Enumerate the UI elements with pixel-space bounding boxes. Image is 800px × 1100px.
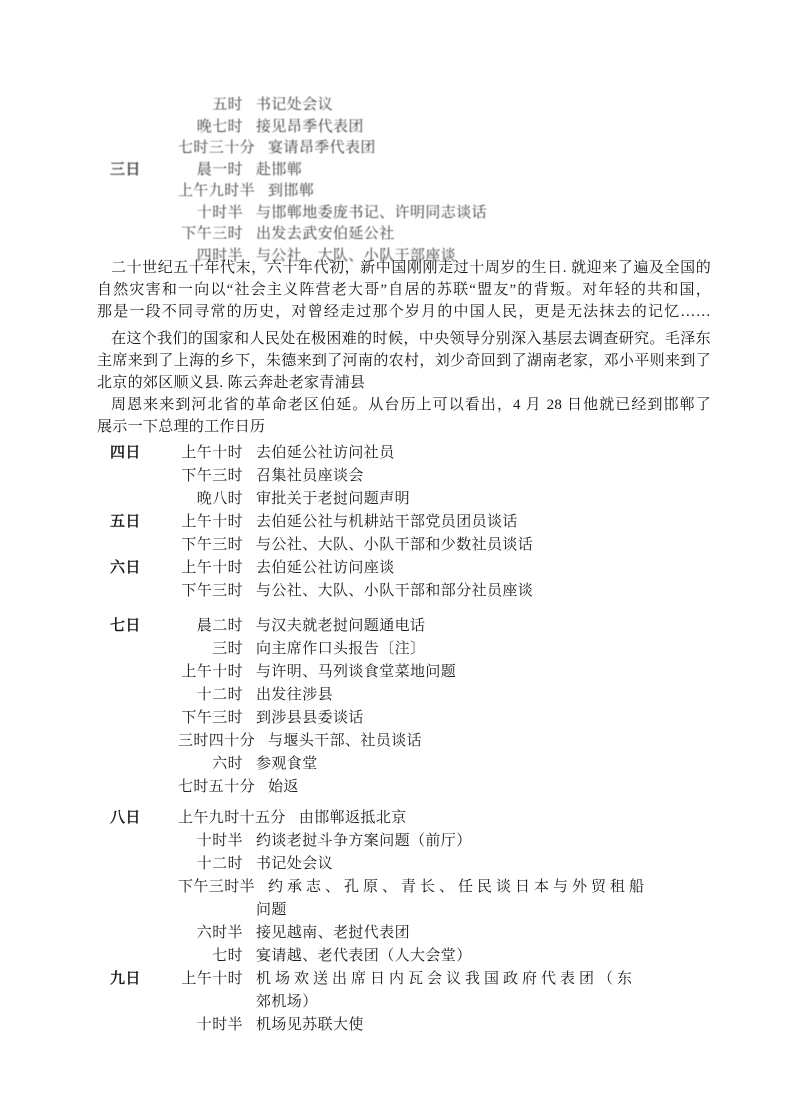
schedule-row: 八日上午九时十五分由邯郸返抵北京 — [0, 807, 648, 830]
schedule-time: 下午三时 — [178, 224, 243, 246]
schedule-activity: 到邯郸 — [268, 181, 314, 203]
schedule-activity: 约承志、孔原、青长、任民谈日本与外贸租船 — [268, 876, 648, 899]
schedule-day-label — [110, 488, 178, 511]
schedule-row: 七时宴请越、老代表团（人大会堂） — [0, 945, 648, 968]
schedule-row: 下午三时到涉县县委谈话 — [0, 707, 648, 730]
schedule-activity: 赴邯郸 — [256, 160, 302, 182]
schedule-day-label — [110, 730, 178, 753]
schedule-day-label — [110, 922, 178, 945]
schedule-row: 四日上午十时去伯延公社访问社员 — [0, 442, 648, 465]
document-page: 五时书记处会议晚七时接见昂季代表团七时三十分宴请昂季代表团三日晨一时赴邯郸上午九… — [0, 0, 800, 1100]
schedule-time: 七时五十分 — [178, 776, 255, 799]
schedule-time: 下午三时 — [178, 465, 243, 488]
schedule-time: 十二时 — [178, 684, 243, 707]
schedule-day-label — [110, 776, 178, 799]
schedule-activity: 与邯郸地委庞书记、许明同志谈话 — [256, 203, 487, 225]
schedule-time: 十时半 — [178, 1014, 243, 1037]
schedule-row: 十时半约谈老挝斗争方案问题（前厅） — [0, 830, 648, 853]
schedule-day-label — [110, 203, 178, 225]
schedule-day-label — [110, 753, 178, 776]
schedule-activity: 与许明、马列谈食堂菜地问题 — [256, 661, 456, 684]
schedule-activity: 由邯郸返抵北京 — [299, 807, 407, 830]
schedule-time: 下午三时半 — [178, 876, 255, 899]
paragraph-line: 在这个我们的国家和人民处在极困难的时候，中央领导分别深入基层去调查研究。毛泽东 — [97, 328, 711, 350]
schedule-time — [178, 899, 243, 922]
schedule-time: 晚八时 — [178, 488, 243, 511]
schedule-day-label — [110, 224, 178, 246]
schedule-time: 七时 — [178, 945, 243, 968]
schedule-activity: 书记处会议 — [256, 95, 333, 117]
schedule-row: 三时四十分与堰头干部、社员谈话 — [0, 730, 648, 753]
top-schedule-row: 十时半与邯郸地委庞书记、许明同志谈话 — [0, 203, 487, 225]
schedule-row: 五日上午十时去伯延公社与机耕站干部党员团员谈话 — [0, 511, 648, 534]
paragraph-line: 展示一下总理的工作日历 — [97, 416, 711, 438]
schedule-day-label: 四日 — [110, 442, 178, 465]
schedule-day-label: 三日 — [110, 160, 178, 182]
schedule-time: 十二时 — [178, 853, 243, 876]
schedule-time: 六时 — [178, 753, 243, 776]
schedule-day-label — [110, 945, 178, 968]
schedule-time: 上午九时半 — [178, 181, 255, 203]
schedule-activity: 召集社员座谈会 — [256, 465, 364, 488]
schedule-activity: 审批关于老挝问题声明 — [256, 488, 410, 511]
paragraph-line: 主席来到了上海的乡下，朱德来到了河南的农村，刘少奇回到了湖南老家，邓小平则来到了 — [97, 350, 711, 372]
schedule-row: 晚八时审批关于老挝问题声明 — [0, 488, 648, 511]
schedule-activity: 出发往涉县 — [256, 684, 333, 707]
schedule-time: 六时半 — [178, 922, 243, 945]
schedule-activity: 约谈老挝斗争方案问题（前厅） — [256, 830, 472, 853]
schedule-time: 下午三时 — [178, 580, 243, 603]
schedule-day-label: 九日 — [110, 968, 178, 991]
schedule-activity: 与堰头干部、社员谈话 — [268, 730, 422, 753]
schedule-day-label — [110, 991, 178, 1014]
paragraph-line: 那是一段不同寻常的历史，对曾经走过那个岁月的中国人民，更是无法抹去的记忆…… — [97, 301, 711, 323]
schedule-day-label — [110, 580, 178, 603]
schedule-time: 十时半 — [178, 830, 243, 853]
schedule-row: 六时参观食堂 — [0, 753, 648, 776]
top-schedule-row: 上午九时半到邯郸 — [0, 181, 487, 203]
intro-paragraphs: 二十世纪五十年代末，六十年代初，新中国刚刚走过十周岁的生日. 就迎来了遍及全国的… — [97, 257, 711, 438]
schedule-activity: 书记处会议 — [256, 853, 333, 876]
schedule-activity: 去伯延公社与机耕站干部党员团员谈话 — [256, 511, 518, 534]
schedule-day-label — [110, 899, 178, 922]
schedule-time: 晚七时 — [178, 117, 243, 139]
schedule-activity: 宴请越、老代表团（人大会堂） — [256, 945, 472, 968]
paragraph-line: 周恩来来到河北省的革命老区伯延。从台历上可以看出，4 月 28 日他就已经到邯郸… — [97, 394, 711, 416]
schedule-row: 六时半接见越南、老挝代表团 — [0, 922, 648, 945]
schedule-row: 问题 — [0, 899, 648, 922]
schedule-activity: 机场见苏联大使 — [256, 1014, 364, 1037]
schedule-day-label — [110, 830, 178, 853]
schedule-activity: 出发去武安伯延公社 — [256, 224, 395, 246]
schedule-activity: 宴请昂季代表团 — [268, 138, 376, 160]
schedule-time: 上午十时 — [178, 661, 243, 684]
schedule-time: 晨一时 — [178, 160, 243, 182]
schedule-time: 七时三十分 — [178, 138, 255, 160]
schedule-activity: 问题 — [256, 899, 287, 922]
schedule-time — [178, 991, 243, 1014]
schedule-time: 十时半 — [178, 203, 243, 225]
schedule-day-label: 七日 — [110, 615, 178, 638]
schedule-row: 十二时出发往涉县 — [0, 684, 648, 707]
schedule-day-label — [110, 707, 178, 730]
schedule-activity: 与汉夫就老挝问题通电话 — [256, 615, 425, 638]
schedule-row: 下午三时与公社、大队、小队干部和部分社员座谈 — [0, 580, 648, 603]
paragraph-line: 二十世纪五十年代末，六十年代初，新中国刚刚走过十周岁的生日. 就迎来了遍及全国的 — [97, 257, 711, 279]
schedule-time: 上午十时 — [178, 511, 243, 534]
schedule-day-label — [110, 853, 178, 876]
schedule-row: 下午三时与公社、大队、小队干部和少数社员谈话 — [0, 534, 648, 557]
schedule-row: 下午三时召集社员座谈会 — [0, 465, 648, 488]
paragraph-line: 北京的郊区顺义县. 陈云奔赴老家青浦县 — [97, 372, 711, 394]
schedule-row: 下午三时半约承志、孔原、青长、任民谈日本与外贸租船 — [0, 876, 648, 899]
schedule-time: 上午十时 — [178, 557, 243, 580]
top-schedule-row: 七时三十分宴请昂季代表团 — [0, 138, 487, 160]
schedule-time: 上午十时 — [178, 442, 243, 465]
schedule-day-label — [110, 117, 178, 139]
schedule-day-label: 六日 — [110, 557, 178, 580]
schedule-day-label — [110, 534, 178, 557]
schedule-time: 下午三时 — [178, 707, 243, 730]
schedule-time: 上午十时 — [178, 968, 243, 991]
schedule-day-label — [110, 95, 178, 117]
schedule-row: 六日上午十时去伯延公社访问座谈 — [0, 557, 648, 580]
schedule-activity: 机场欢送出席日内瓦会议我国政府代表团（东 — [256, 968, 636, 991]
schedule-row: 九日上午十时机场欢送出席日内瓦会议我国政府代表团（东 — [0, 968, 648, 991]
paragraph-line: 自然灾害和一向以“社会主义阵营老大哥”自居的苏联“盟友”的背叛。对年轻的共和国， — [97, 279, 711, 301]
schedule-day-label: 八日 — [110, 807, 178, 830]
top-schedule-row: 三日晨一时赴邯郸 — [0, 160, 487, 182]
schedule-activity: 参观食堂 — [256, 753, 318, 776]
schedule-time: 五时 — [178, 95, 243, 117]
schedule-time: 三时四十分 — [178, 730, 255, 753]
top-schedule-row: 五时书记处会议 — [0, 95, 487, 117]
schedule-activity: 始返 — [268, 776, 299, 799]
paragraph: 周恩来来到河北省的革命老区伯延。从台历上可以看出，4 月 28 日他就已经到邯郸… — [97, 394, 711, 438]
schedule-activity: 接见越南、老挝代表团 — [256, 922, 410, 945]
schedule-row: 郊机场） — [0, 991, 648, 1014]
schedule-time: 下午三时 — [178, 534, 243, 557]
schedule-activity: 郊机场） — [256, 991, 318, 1014]
schedule-day-label — [110, 876, 178, 899]
schedule-row: 十时半机场见苏联大使 — [0, 1014, 648, 1037]
schedule-activity: 去伯延公社访问社员 — [256, 442, 395, 465]
schedule-time: 晨二时 — [178, 615, 243, 638]
schedule-row: 上午十时与许明、马列谈食堂菜地问题 — [0, 661, 648, 684]
schedule-time: 上午九时十五分 — [178, 807, 286, 830]
schedule-day-label — [110, 181, 178, 203]
top-schedule: 五时书记处会议晚七时接见昂季代表团七时三十分宴请昂季代表团三日晨一时赴邯郸上午九… — [0, 95, 487, 267]
top-schedule-row: 晚七时接见昂季代表团 — [0, 117, 487, 139]
schedule-activity: 去伯延公社访问座谈 — [256, 557, 395, 580]
schedule-day-label — [110, 138, 178, 160]
schedule-activity: 向主席作口头报告〔注〕 — [256, 638, 425, 661]
schedule-day-label — [110, 684, 178, 707]
schedule-day-label: 五日 — [110, 511, 178, 534]
schedule-day-label — [110, 661, 178, 684]
schedule-day-label — [110, 638, 178, 661]
paragraph: 二十世纪五十年代末，六十年代初，新中国刚刚走过十周岁的生日. 就迎来了遍及全国的… — [97, 257, 711, 323]
schedule-day-label — [110, 1014, 178, 1037]
schedule-activity: 与公社、大队、小队干部和少数社员谈话 — [256, 534, 533, 557]
work-calendar: 四日上午十时去伯延公社访问社员下午三时召集社员座谈会晚八时审批关于老挝问题声明五… — [0, 442, 648, 1037]
schedule-row: 七日晨二时与汉夫就老挝问题通电话 — [0, 615, 648, 638]
schedule-row: 三时向主席作口头报告〔注〕 — [0, 638, 648, 661]
schedule-activity: 与公社、大队、小队干部和部分社员座谈 — [256, 580, 533, 603]
schedule-row: 十二时书记处会议 — [0, 853, 648, 876]
schedule-row: 七时五十分始返 — [0, 776, 648, 799]
schedule-day-label — [110, 465, 178, 488]
schedule-activity: 到涉县县委谈话 — [256, 707, 364, 730]
schedule-time: 三时 — [178, 638, 243, 661]
paragraph: 在这个我们的国家和人民处在极困难的时候，中央领导分别深入基层去调查研究。毛泽东 … — [97, 328, 711, 394]
schedule-activity: 接见昂季代表团 — [256, 117, 364, 139]
top-schedule-row: 下午三时出发去武安伯延公社 — [0, 224, 487, 246]
